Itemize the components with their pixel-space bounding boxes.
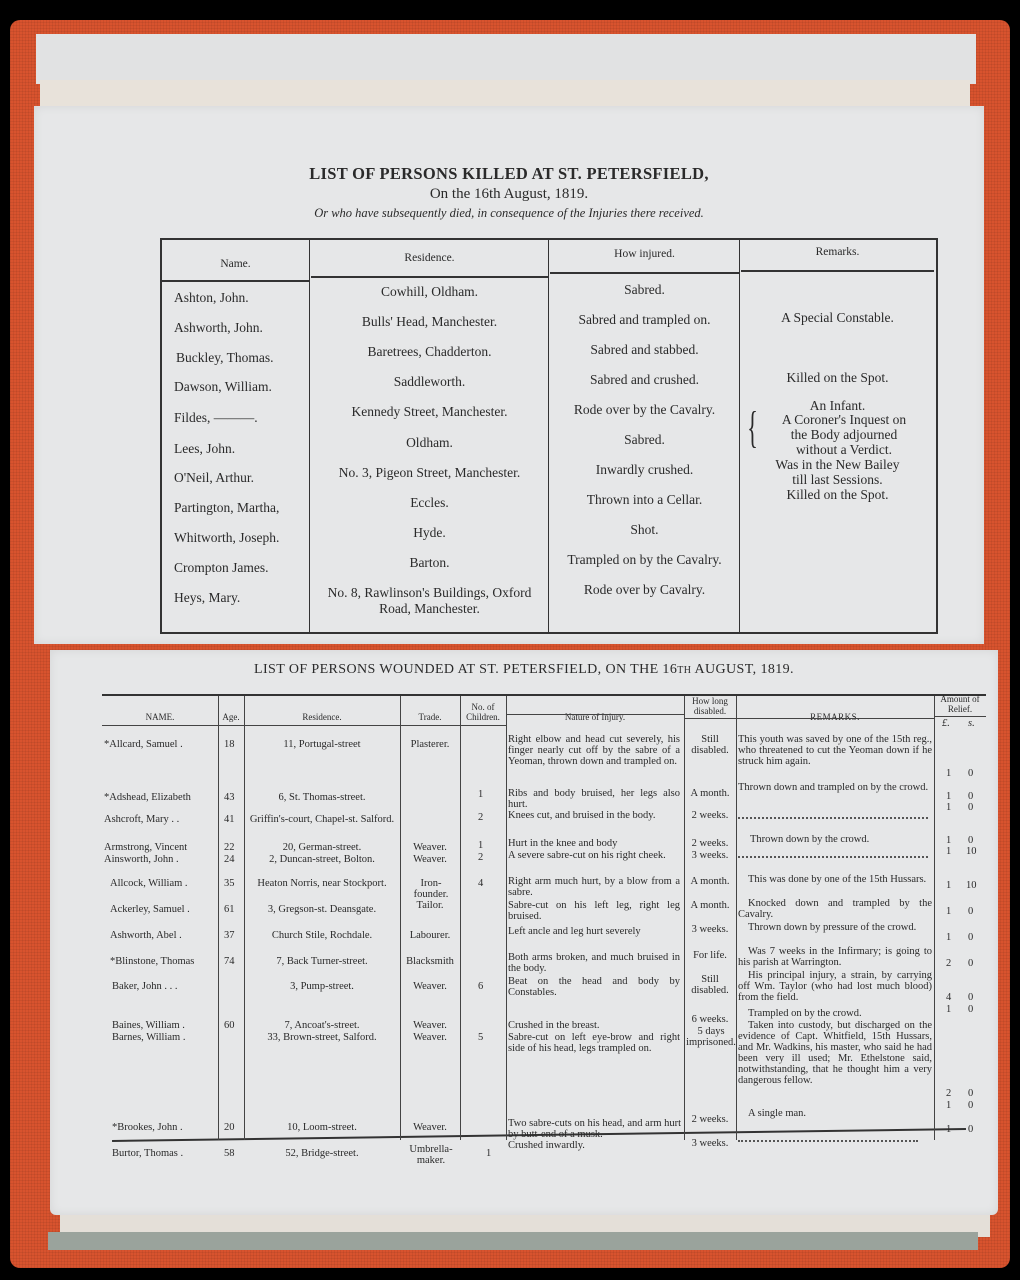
killed-residence: Saddleworth. (311, 374, 548, 390)
wounded-trade: Labourer. (400, 930, 460, 941)
wounded-table: NAME. Age. Residence. Trade. No. ofChild… (102, 694, 986, 1140)
killed-name: Lees, John. (174, 441, 235, 457)
wounded-injury: Right elbow and head cut severely, his f… (508, 734, 680, 767)
relief-pounds: 1 (946, 1004, 951, 1015)
killed-name: Ashworth, John. (174, 320, 263, 336)
killed-residence: No. 3, Pigeon Street, Manchester. (311, 465, 548, 481)
killed-injury: Inwardly crushed. (550, 462, 739, 478)
wounded-trade: Weaver. (400, 1032, 460, 1043)
wounded-children: 2 (478, 852, 483, 863)
killed-residence: Eccles. (311, 495, 548, 511)
relief-shillings: 0 (968, 768, 973, 779)
killed-injury: Sabred and trampled on. (550, 312, 739, 328)
header-name: NAME. (102, 712, 218, 722)
wounded-name: Ackerley, Samuel . (110, 904, 190, 915)
killed-residence: No. 8, Rawlinson's Buildings, Oxford (311, 585, 548, 601)
killed-injury: Rode over by the Cavalry. (550, 402, 739, 418)
wounded-trade: Weaver. (400, 842, 460, 853)
header-disabled: How longdisabled. (684, 696, 736, 716)
wounded-age: 20 (224, 1122, 235, 1133)
header-residence: Residence. (311, 252, 548, 264)
relief-shillings: 0 (968, 791, 973, 802)
wounded-residence: Griffin's-court, Chapel-st. Salford. (244, 814, 400, 825)
wounded-trade: Weaver. (400, 854, 460, 865)
wounded-age: 18 (224, 739, 235, 750)
header-children: No. ofChildren. (460, 702, 506, 722)
dotted-leader (738, 817, 928, 819)
killed-name: Crompton James. (174, 560, 269, 576)
killed-remark: Killed on the Spot. (741, 487, 934, 502)
killed-residence: Cowhill, Oldham. (311, 284, 548, 300)
wounded-remarks: This was done by one of the 15th Hussars… (738, 874, 932, 885)
killed-residence: Baretrees, Chadderton. (311, 344, 548, 360)
pounds-symbol: £. (942, 718, 950, 729)
killed-remark: A Special Constable. (741, 310, 934, 325)
wounded-injury: Sabre-cut on his left leg, right leg bru… (508, 900, 680, 922)
killed-name: Buckley, Thomas. (176, 350, 274, 366)
killed-residence: Oldham. (311, 435, 548, 451)
wounded-name: *Allcard, Samuel . (104, 739, 183, 750)
wounded-disabled: 3 weeks. (686, 924, 734, 935)
wounded-children: 6 (478, 981, 483, 992)
wounded-trade: Weaver. (400, 981, 460, 992)
killed-residence: Hyde. (311, 525, 548, 541)
killed-remark: An Infant. (741, 398, 934, 413)
wounded-children: 1 (478, 840, 483, 851)
relief-pounds: 1 (946, 768, 951, 779)
relief-shillings: 0 (968, 992, 973, 1003)
wounded-injury: Two sabre-cuts on his head, and arm hurt… (508, 1118, 684, 1140)
wounded-residence: 2, Duncan-street, Bolton. (244, 854, 400, 865)
header-remarks: REMARKS. (736, 712, 934, 722)
wounded-injury: Both arms broken, and much bruised in th… (508, 952, 680, 974)
wounded-trade: Umbrella-maker. (406, 1144, 456, 1166)
header-name: Name. (162, 258, 309, 270)
wounded-name: Baker, John . . . (112, 981, 178, 992)
killed-remark: without a Verdict. (754, 442, 934, 457)
wounded-disabled: 2 weeks. (686, 810, 734, 821)
endpaper (48, 1232, 978, 1250)
header-age: Age. (218, 712, 244, 722)
killed-name: Fildes, ———. (174, 410, 258, 426)
header-relief: Amount ofRelief. (934, 694, 986, 714)
wounded-age: 41 (224, 814, 235, 825)
killed-residence: Kennedy Street, Manchester. (311, 404, 548, 420)
wounded-injury: Hurt in the knee and body (508, 838, 680, 849)
wounded-age: 37 (224, 930, 235, 941)
wounded-children: 5 (478, 1032, 483, 1043)
wounded-injury: Left ancle and leg hurt severely (508, 926, 680, 937)
wounded-children: 1 (478, 789, 483, 800)
killed-name: Heys, Mary. (174, 590, 240, 606)
header-residence: Residence. (244, 712, 400, 722)
killed-residence: Barton. (311, 555, 548, 571)
wounded-age: 22 (224, 842, 235, 853)
relief-pounds: 2 (946, 958, 951, 969)
relief-shillings: 0 (968, 958, 973, 969)
dotted-leader (738, 856, 928, 858)
relief-shillings: 0 (968, 1004, 973, 1015)
relief-shillings: 0 (968, 802, 973, 813)
wounded-injury: Beat on the head and body by Constables. (508, 976, 680, 998)
wounded-residence: 20, German-street. (244, 842, 400, 853)
wounded-name: Ashworth, Abel . (110, 930, 182, 941)
endpaper (36, 34, 976, 84)
header-remarks: Remarks. (741, 246, 934, 258)
dotted-leader (738, 1140, 918, 1142)
killed-note: Or who have subsequently died, in conseq… (34, 206, 984, 221)
killed-injury: Sabred and stabbed. (550, 342, 739, 358)
wounded-children: 1 (486, 1148, 491, 1159)
relief-pounds: 1 (946, 802, 951, 813)
wounded-age: 35 (224, 878, 235, 889)
wounded-title: LIST OF PERSONS WOUNDED AT ST. PETERSFIE… (50, 662, 998, 678)
relief-pounds: 1 (946, 1124, 951, 1135)
wounded-residence: Heaton Norris, near Stockport. (246, 878, 398, 889)
relief-shillings: 0 (968, 1124, 973, 1135)
killed-residence: Bulls' Head, Manchester. (311, 314, 548, 330)
wounded-disabled: 6 weeks. (686, 1014, 734, 1025)
relief-pounds: 1 (946, 791, 951, 802)
relief-pounds: 4 (946, 992, 951, 1003)
wounded-remarks: Thrown down by pressure of the crowd. (738, 922, 932, 933)
wounded-children: 4 (478, 878, 483, 889)
relief-shillings: 0 (968, 906, 973, 917)
page-wounded-list: LIST OF PERSONS WOUNDED AT ST. PETERSFIE… (50, 650, 998, 1215)
wounded-injury: Crushed inwardly. (508, 1140, 680, 1151)
killed-remark: the Body adjourned (754, 427, 934, 442)
wounded-age: 24 (224, 854, 235, 865)
wounded-disabled: Still disabled. (686, 974, 734, 996)
wounded-remarks: Trampled on by the crowd. (748, 1008, 932, 1019)
wounded-name: *Adshead, Elizabeth (104, 792, 191, 803)
wounded-disabled: For life. (686, 950, 734, 961)
shillings-symbol: s. (968, 718, 975, 729)
relief-shillings: 10 (966, 846, 977, 857)
relief-pounds: 1 (946, 835, 951, 846)
wounded-name: Ainsworth, John . (104, 854, 179, 865)
relief-shillings: 0 (968, 1088, 973, 1099)
killed-injury: Thrown into a Cellar. (550, 492, 739, 508)
killed-remark: Was in the New Bailey (741, 457, 934, 472)
wounded-trade: Plasterer. (400, 739, 460, 750)
wounded-disabled: A month. (686, 876, 734, 887)
wounded-trade: Weaver. (400, 1020, 460, 1031)
wounded-age: 60 (224, 1020, 235, 1031)
wounded-disabled: 5 days imprisoned. (686, 1026, 736, 1048)
wounded-name: Burtor, Thomas . (112, 1148, 183, 1159)
killed-residence: Road, Manchester. (311, 601, 548, 617)
wounded-age: 43 (224, 792, 235, 803)
wounded-residence: 3, Pump-street. (244, 981, 400, 992)
killed-name: Whitworth, Joseph. (174, 530, 279, 546)
killed-injury: Trampled on by the Cavalry. (550, 552, 739, 568)
killed-injury: Sabred. (550, 432, 739, 448)
wounded-remarks: A single man. (748, 1108, 932, 1119)
killed-name: O'Neil, Arthur. (174, 470, 254, 486)
killed-injury: Sabred and crushed. (550, 372, 739, 388)
wounded-disabled: Still disabled. (686, 734, 734, 756)
relief-pounds: 1 (946, 880, 951, 891)
killed-table: Name. Residence. How injured. Remarks. A… (160, 238, 938, 634)
wounded-trade: Blacksmith (400, 956, 460, 967)
relief-pounds: 1 (946, 932, 951, 943)
wounded-name: Armstrong, Vincent (104, 842, 187, 853)
killed-injury: Shot. (550, 522, 739, 538)
relief-shillings: 0 (968, 835, 973, 846)
relief-pounds: 2 (946, 1088, 951, 1099)
wounded-residence: Church Stile, Rochdale. (244, 930, 400, 941)
wounded-remarks: His principal injury, a strain, by carry… (738, 970, 932, 1003)
relief-shillings: 10 (966, 880, 977, 891)
wounded-residence: 10, Loom-street. (244, 1122, 400, 1133)
wounded-name: Allcock, William . (110, 878, 188, 889)
wounded-injury: Knees cut, and bruised in the body. (508, 810, 680, 821)
wounded-age: 61 (224, 904, 235, 915)
killed-name: Partington, Martha, (174, 500, 279, 516)
wounded-injury: Ribs and body bruised, her legs also hur… (508, 788, 680, 810)
killed-title: LIST OF PERSONS KILLED AT ST. PETERSFIEL… (34, 164, 984, 184)
wounded-residence: 3, Gregson-st. Deansgate. (244, 904, 400, 915)
wounded-remarks: Knocked down and trampled by the Cavalry… (738, 898, 932, 920)
relief-pounds: 1 (946, 906, 951, 917)
wounded-trade: Tailor. (400, 900, 460, 911)
wounded-remarks: Was 7 weeks in the Infirmary; is going t… (738, 946, 932, 968)
relief-pounds: 1 (946, 1100, 951, 1111)
wounded-name: *Blinstone, Thomas (110, 956, 194, 967)
wounded-remarks: Thrown down and trampled on by the crowd… (738, 782, 932, 793)
wounded-injury: Right arm much hurt, by a blow from a sa… (508, 876, 680, 898)
wounded-injury: A severe sabre-cut on his right cheek. (508, 850, 680, 861)
wounded-age: 58 (224, 1148, 235, 1159)
wounded-name: Ashcroft, Mary . . (104, 814, 179, 825)
killed-injury: Rode over by Cavalry. (550, 582, 739, 598)
wounded-disabled: 3 weeks. (686, 1138, 734, 1149)
wounded-name: Baines, William . (112, 1020, 185, 1031)
killed-name: Ashton, John. (174, 290, 249, 306)
wounded-disabled: A month. (686, 788, 734, 799)
wounded-trade: Weaver. (400, 1122, 460, 1133)
relief-shillings: 0 (968, 932, 973, 943)
wounded-residence: 7, Ancoat's-street. (244, 1020, 400, 1031)
wounded-injury: Crushed in the breast. (508, 1020, 680, 1031)
wounded-injury: Sabre-cut on left eye-brow and right sid… (508, 1032, 680, 1054)
header-trade: Trade. (400, 712, 460, 722)
wounded-disabled: 2 weeks. (686, 1114, 734, 1125)
wounded-disabled: A month. (686, 900, 734, 911)
wounded-remarks: This youth was saved by one of the 15th … (738, 734, 932, 767)
wounded-remarks: Taken into custody, but discharged on th… (738, 1020, 932, 1086)
header-how-injured: How injured. (550, 248, 739, 260)
killed-subtitle: On the 16th August, 1819. (34, 186, 984, 203)
wounded-residence: 52, Bridge-street. (244, 1148, 400, 1159)
killed-remark: till last Sessions. (741, 472, 934, 487)
relief-shillings: 0 (968, 1100, 973, 1111)
page-killed-list: LIST OF PERSONS KILLED AT ST. PETERSFIEL… (34, 106, 984, 644)
wounded-residence: 6, St. Thomas-street. (244, 792, 400, 803)
wounded-residence: 33, Brown-street, Salford. (244, 1032, 400, 1043)
wounded-residence: 11, Portugal-street (244, 739, 400, 750)
wounded-age: 74 (224, 956, 235, 967)
wounded-name: Barnes, William . (112, 1032, 185, 1043)
killed-injury: Sabred. (550, 282, 739, 298)
killed-remark: Killed on the Spot. (741, 370, 934, 385)
wounded-disabled: 3 weeks. (686, 850, 734, 861)
wounded-children: 2 (478, 812, 483, 823)
wounded-remarks: Thrown down by the crowd. (750, 834, 930, 845)
killed-remark: A Coroner's Inquest on (754, 412, 934, 427)
wounded-disabled: 2 weeks. (686, 838, 734, 849)
killed-name: Dawson, William. (174, 379, 272, 395)
relief-pounds: 1 (946, 846, 951, 857)
wounded-name: *Brookes, John . (112, 1122, 183, 1133)
wounded-residence: 7, Back Turner-street. (244, 956, 400, 967)
wounded-trade: Iron-founder. (406, 878, 456, 900)
